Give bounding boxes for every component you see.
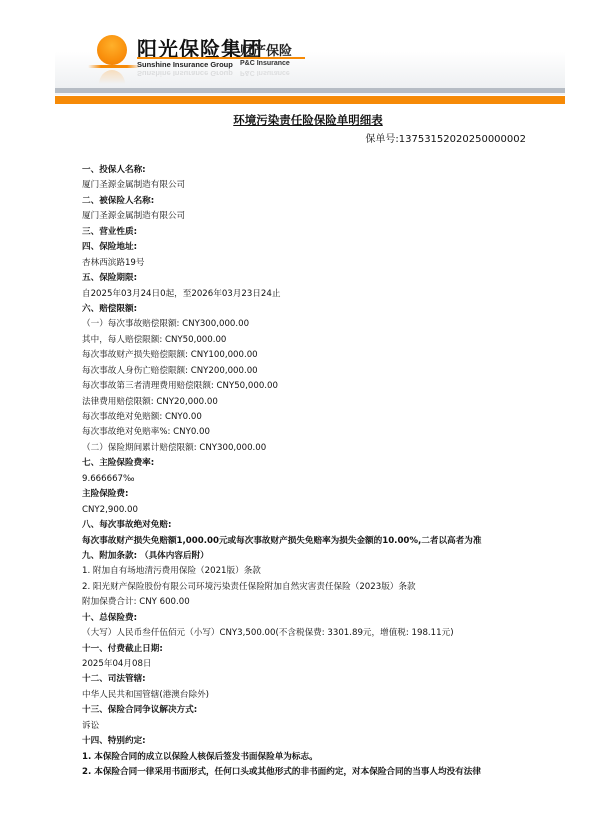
section-heading-business-nature: 三、营业性质: [82,225,552,240]
division-name-cn: 财产保险 [240,40,292,59]
additional-premium-total: 附加保费合计: CNY 600.00 [82,595,552,610]
policy-details: 一、投保人名称: 厦门圣源金属制造有限公司 二、被保险人名称: 厦门圣源金属制造… [82,163,552,781]
brand-name-en: Sunshine Insurance Group [137,60,233,69]
section-heading-total-premium: 十、总保险费: [82,611,552,626]
additional-clause: 1. 附加自有场地清污费用保险（2021版）条款 [82,564,552,579]
horizon-line-icon [88,65,140,68]
division-name-en-reflection: P&C Insurance [240,69,290,76]
sun-logo-icon [97,35,127,65]
deductible-text: 每次事故财产损失免赔额1,000.00元或每次事故财产损失免赔率为损失金额的10… [82,534,552,549]
section-heading-main-premium: 主险保险费: [82,487,552,502]
payment-deadline: 2025年04月08日 [82,657,552,672]
jurisdiction: 中华人民共和国管辖(港澳台除外) [82,688,552,703]
dispute-resolution: 诉讼 [82,719,552,734]
applicant-name: 厦门圣源金属制造有限公司 [82,178,552,193]
section-heading-payment-deadline: 十一、付费截止日期: [82,642,552,657]
total-premium: （大写）人民币叁仟伍佰元（小写）CNY3,500.00(不含税保费: 3301.… [82,626,552,641]
document-title: 环境污染责任险保险单明细表 [0,112,616,128]
light-divider-line [55,93,565,95]
limit-item: （一）每次事故赔偿限额: CNY300,000.00 [82,317,552,332]
section-heading-limits: 六、赔偿限额: [82,302,552,317]
section-heading-additional-clauses: 九、附加条款: （具体内容后附） [82,549,552,564]
special-agreement: 2. 本保险合同一律采用书面形式，任何口头或其他形式的非书面约定，对本保险合同的… [82,765,552,780]
letterhead-background [55,22,565,88]
limit-item: 每次事故财产损失赔偿限额: CNY100,000.00 [82,348,552,363]
premium-rate: 9.666667‰ [82,472,552,487]
section-heading-insured-address: 四、保险地址: [82,240,552,255]
limit-item: 每次事故绝对免赔额: CNY0.00 [82,410,552,425]
main-premium: CNY2,900.00 [82,503,552,518]
section-heading-applicant: 一、投保人名称: [82,163,552,178]
limit-item: （二）保险期间累计赔偿限额: CNY300,000.00 [82,441,552,456]
limit-item: 每次事故第三者清理费用赔偿限额: CNY50,000.00 [82,379,552,394]
limit-item: 法律费用赔偿限额: CNY20,000.00 [82,395,552,410]
orange-divider-bar [55,96,565,104]
section-heading-insured: 二、被保险人名称: [82,194,552,209]
section-heading-deductible: 八、每次事故绝对免赔: [82,518,552,533]
section-heading-dispute-resolution: 十三、保险合同争议解决方式: [82,703,552,718]
section-heading-jurisdiction: 十二、司法管辖: [82,672,552,687]
special-agreement: 1. 本保险合同的成立以保险人核保后签发书面保险单为标志。 [82,750,552,765]
division-name-en: P&C Insurance [240,60,290,67]
section-heading-period: 五、保险期限: [82,271,552,286]
policy-number: 保单号:13753152020250000002 [365,130,526,145]
insured-address: 杏林西滨路19号 [82,256,552,271]
insured-name: 厦门圣源金属制造有限公司 [82,209,552,224]
insurance-period: 自2025年03月24日0起，至2026年03月23日24止 [82,287,552,302]
limit-item: 每次事故人身伤亡赔偿限额: CNY200,000.00 [82,364,552,379]
limit-item: 其中，每人赔偿限额: CNY50,000.00 [82,333,552,348]
section-heading-special-agreements: 十四、特别约定: [82,734,552,749]
letterhead: 阳光保险集团 Sunshine Insurance Group Sunshine… [55,22,565,106]
limit-item: 每次事故绝对免赔率%: CNY0.00 [82,425,552,440]
section-heading-premium-rate: 七、主险保险费率: [82,456,552,471]
brand-name-en-reflection: Sunshine Insurance Group [137,69,233,78]
additional-clause: 2. 阳光财产保险股份有限公司环境污染责任保险附加自然灾害责任保险（2023版）… [82,580,552,595]
